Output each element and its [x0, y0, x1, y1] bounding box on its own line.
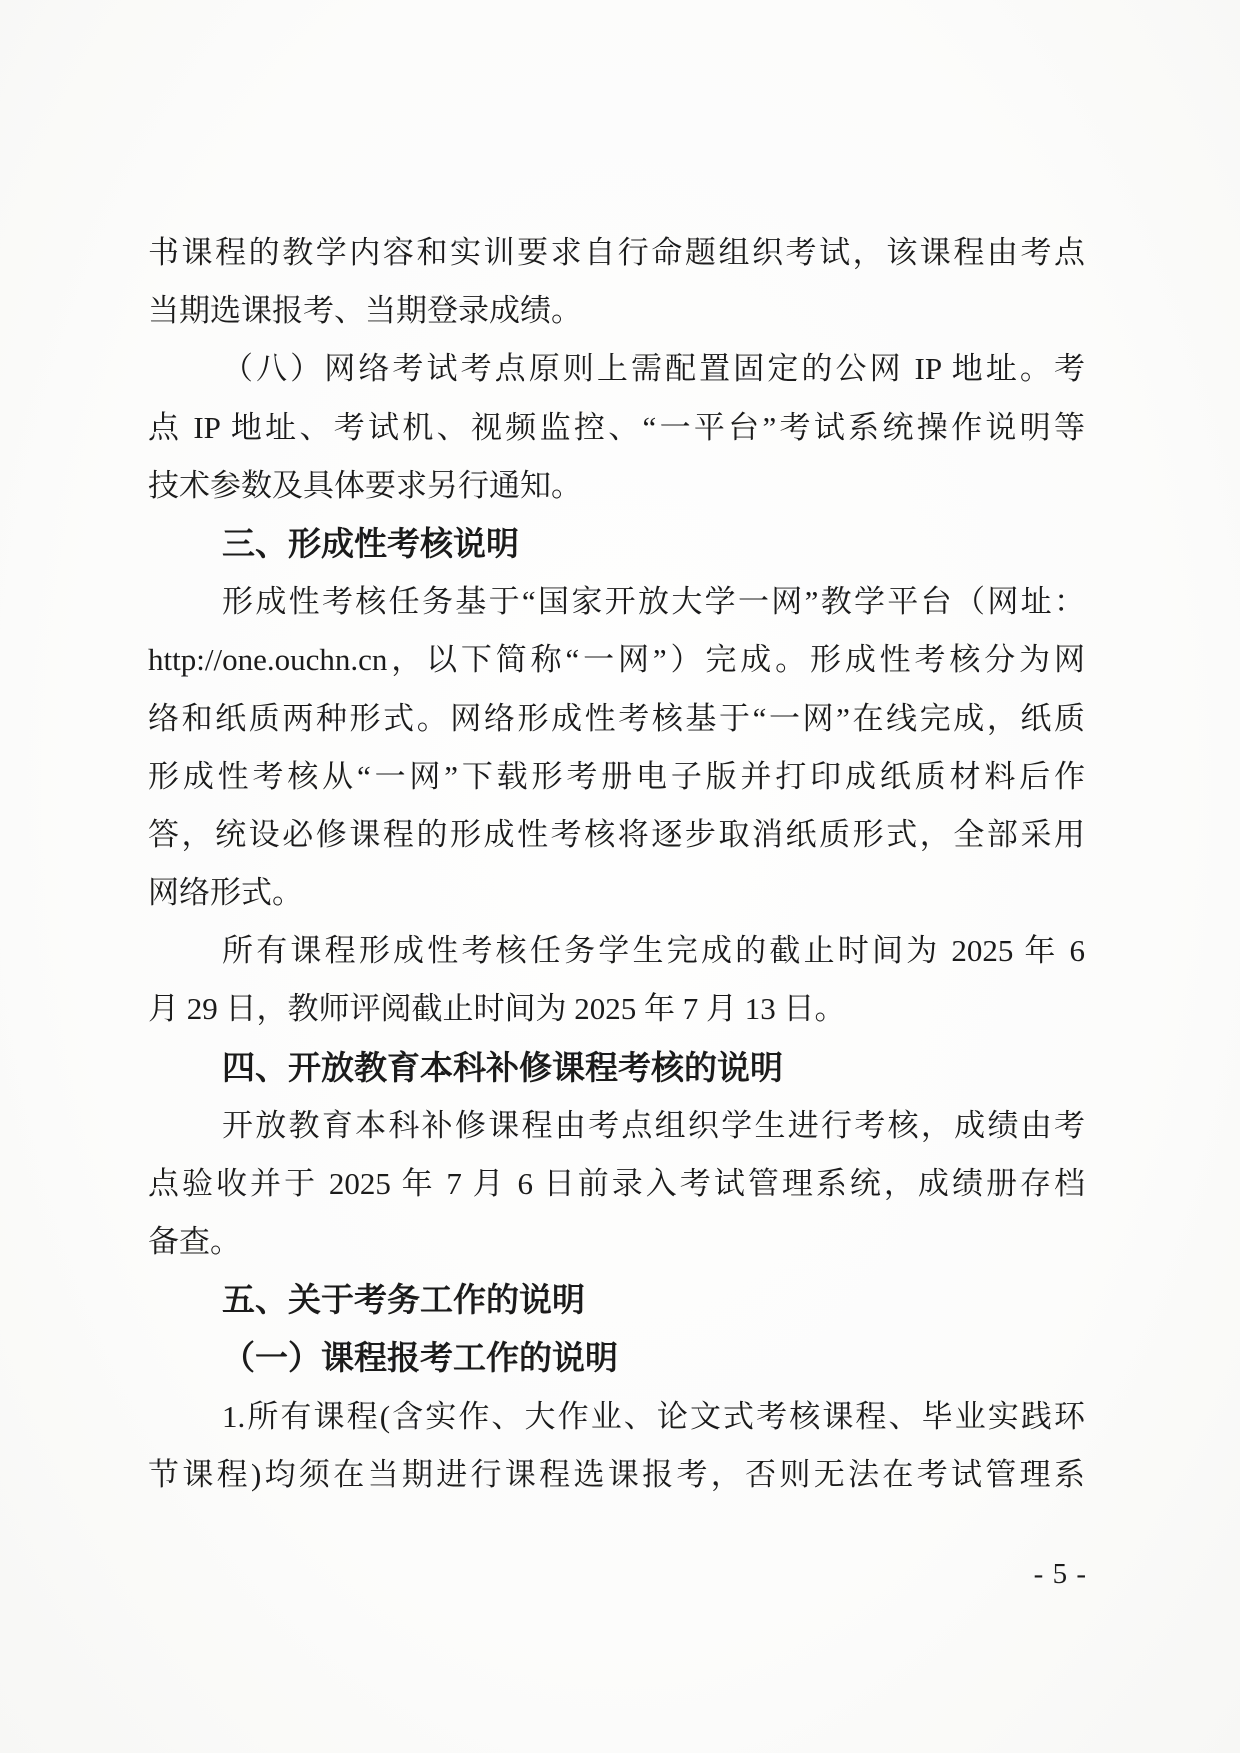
section-heading: 五、关于考务工作的说明 [148, 1271, 1085, 1329]
body-line: 当期选课报考、当期登录成绩。 [148, 282, 1085, 340]
text-block: 书课程的教学内容和实训要求自行命题组织考试，该课程由考点当期选课报考、当期登录成… [148, 224, 1085, 1504]
document-page: { "document": { "lines": [ { "text": "书课… [0, 0, 1240, 1753]
sub-section-heading: （一）课程报考工作的说明 [148, 1330, 1085, 1388]
page-number: - 5 - [1034, 1556, 1087, 1592]
body-line: 1.所有课程(含实作、大作业、论文式考核课程、毕业实践环 [148, 1388, 1085, 1446]
body-line: 开放教育本科补修课程由考点组织学生进行考核，成绩由考 [148, 1097, 1085, 1155]
body-line: 点 IP 地址、考试机、视频监控、“一平台”考试系统操作说明等 [148, 399, 1085, 457]
body-line: http://one.ouchn.cn，以下简称“一网”）完成。形成性考核分为网 [148, 631, 1085, 689]
body-line: 点验收并于 2025 年 7 月 6 日前录入考试管理系统，成绩册存档 [148, 1155, 1085, 1213]
body-line: 网络形式。 [148, 864, 1085, 922]
body-line: 月 29 日，教师评阅截止时间为 2025 年 7 月 13 日。 [148, 980, 1085, 1038]
body-line: （八）网络考试考点原则上需配置固定的公网 IP 地址。考 [148, 340, 1085, 398]
body-line: 络和纸质两种形式。网络形成性考核基于“一网”在线完成，纸质 [148, 690, 1085, 748]
body-line: 形成性考核从“一网”下载形考册电子版并打印成纸质材料后作 [148, 748, 1085, 806]
body-line: 形成性考核任务基于“国家开放大学一网”教学平台（网址： [148, 573, 1085, 631]
section-heading: 四、开放教育本科补修课程考核的说明 [148, 1039, 1085, 1097]
body-line: 所有课程形成性考核任务学生完成的截止时间为 2025 年 6 [148, 922, 1085, 980]
body-line: 备查。 [148, 1213, 1085, 1271]
body-line: 书课程的教学内容和实训要求自行命题组织考试，该课程由考点 [148, 224, 1085, 282]
body-line: 节课程)均须在当期进行课程选课报考，否则无法在考试管理系 [148, 1446, 1085, 1504]
body-line: 技术参数及具体要求另行通知。 [148, 457, 1085, 515]
section-heading: 三、形成性考核说明 [148, 515, 1085, 573]
body-line: 答，统设必修课程的形成性考核将逐步取消纸质形式，全部采用 [148, 806, 1085, 864]
